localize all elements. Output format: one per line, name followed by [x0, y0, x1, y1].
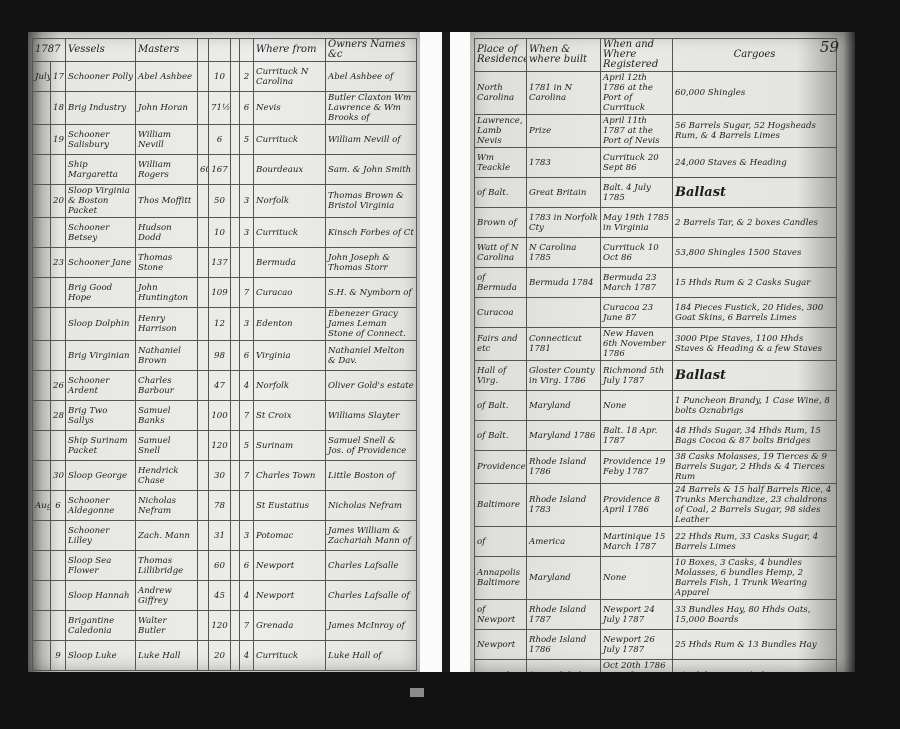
- day-cell: [51, 155, 66, 185]
- owners-cell: Oliver Gold's estate: [326, 371, 417, 401]
- tons-cell: 78: [209, 491, 231, 521]
- men-cell: 3: [240, 185, 254, 218]
- cargo-cell: Ballast: [673, 361, 837, 391]
- col-a-cell: [198, 248, 209, 278]
- residence-cell: Brown of: [475, 208, 527, 238]
- col-a-cell: [198, 641, 209, 671]
- men-cell: 7: [240, 401, 254, 431]
- residence-cell: Providence: [475, 451, 527, 484]
- vessel-cell: Ship Surinam Packet: [66, 431, 136, 461]
- tons-cell: 98: [209, 341, 231, 371]
- guns-cell: [231, 185, 240, 218]
- registered-cell: Bermuda 23 March 1787: [601, 268, 673, 298]
- ledger-row: 30Sloop GeorgeHendrick Chase307Charles T…: [33, 461, 417, 491]
- where-from-cell: Bermuda: [254, 248, 326, 278]
- built-cell: Rhode Island 1786: [527, 451, 601, 484]
- registered-cell: None: [601, 557, 673, 600]
- owners-cell: Nicholas Nefram: [326, 491, 417, 521]
- day-cell: 6: [51, 491, 66, 521]
- vessel-cell: Schooner Ardent: [66, 371, 136, 401]
- cargo-cell: 24 Barrels & 15 half Barrels Rice, 4 Tru…: [673, 484, 837, 527]
- where-from-cell: Bourdeaux: [254, 155, 326, 185]
- vessel-cell: Schooner Betsey: [66, 218, 136, 248]
- men-cell: 6: [240, 341, 254, 371]
- men-cell: [240, 248, 254, 278]
- col-a-cell: [198, 401, 209, 431]
- master-cell: Hendrick Chase: [136, 461, 198, 491]
- day-cell: [51, 611, 66, 641]
- col-a-cell: [198, 341, 209, 371]
- men-cell: 6: [240, 92, 254, 125]
- men-cell: 7: [240, 278, 254, 308]
- vessel-cell: Brig Industry: [66, 92, 136, 125]
- owners-cell: Little Boston of: [326, 461, 417, 491]
- owners-cell: Abel Ashbee of: [326, 62, 417, 92]
- col-a-cell: [198, 551, 209, 581]
- col-a-cell: [198, 491, 209, 521]
- ledger-row: of Balt.Great BritainBalt. 4 July 1785Ba…: [475, 178, 837, 208]
- day-cell: 30: [51, 461, 66, 491]
- ledger-row: Sloop DolphinHenry Harrison123EdentonEbe…: [33, 308, 417, 341]
- ledger-row: 26Schooner ArdentCharles Barbour474Norfo…: [33, 371, 417, 401]
- ledger-row: ofAmericaMartinique 15 March 178722 Hhds…: [475, 527, 837, 557]
- vessel-cell: Schooner Salisbury: [66, 125, 136, 155]
- cargo-cell: 24,000 Staves & Heading: [673, 148, 837, 178]
- tons-cell: 47: [209, 371, 231, 401]
- right-header-row: Place of Residence When & where built Wh…: [475, 39, 837, 72]
- owners-cell: William Nevill of: [326, 125, 417, 155]
- day-cell: [51, 551, 66, 581]
- tons-cell: 120: [209, 611, 231, 641]
- cargo-cell: 3000 Pipe Staves, 1100 Hhds Staves & Hea…: [673, 328, 837, 361]
- binding-spine: [442, 32, 450, 672]
- master-cell: Samuel Banks: [136, 401, 198, 431]
- month-cell: [33, 248, 51, 278]
- residence-header: Place of Residence: [475, 39, 527, 72]
- col-a-cell: [198, 62, 209, 92]
- ledger-row: 20Sloop Virginia & Boston PacketThos Mof…: [33, 185, 417, 218]
- master-cell: Henry Harrison: [136, 308, 198, 341]
- ledger-row: 28Brig Two SallysSamuel Banks1007St Croi…: [33, 401, 417, 431]
- where-from-cell: Currituck N Carolina: [254, 62, 326, 92]
- residence-cell: of Balt.: [475, 391, 527, 421]
- vessel-cell: Sloop George: [66, 461, 136, 491]
- tons-cell: 50: [209, 185, 231, 218]
- owners-cell: Butler Claxton Wm Lawrence & Wm Brooks o…: [326, 92, 417, 125]
- month-cell: [33, 125, 51, 155]
- ledger-row: Ship Surinam PacketSamuel Snell1205Surin…: [33, 431, 417, 461]
- guns-cell: [231, 278, 240, 308]
- tons-cell: 30: [209, 461, 231, 491]
- cargo-cell: 10 Boxes, 3 Casks, 4 bundles Molasses, 6…: [673, 557, 837, 600]
- guns-cell: [231, 341, 240, 371]
- where-from-cell: Currituck: [254, 125, 326, 155]
- owners-cell: Nathaniel Melton & Dav.: [326, 341, 417, 371]
- residence-cell: of Bermuda: [475, 268, 527, 298]
- where-from-cell: Currituck: [254, 218, 326, 248]
- month-cell: [33, 92, 51, 125]
- guns-cell: [231, 92, 240, 125]
- month-cell: [33, 341, 51, 371]
- tons-cell: 109: [209, 278, 231, 308]
- men-cell: 2: [240, 62, 254, 92]
- where-from-cell: Norfolk: [254, 371, 326, 401]
- built-cell: Maryland 1786: [527, 421, 601, 451]
- ledger-row: 9Sloop LukeLuke Hall204CurrituckLuke Hal…: [33, 641, 417, 671]
- ledger-row: NewportRhode Island 1786Newport 26 July …: [475, 630, 837, 660]
- where-from-cell: St Croix: [254, 401, 326, 431]
- built-cell: Maryland: [527, 557, 601, 600]
- men-cell: 4: [240, 371, 254, 401]
- registered-cell: April 11th 1787 at the Port of Nevis: [601, 115, 673, 148]
- master-cell: Luke Hall: [136, 641, 198, 671]
- ledger-row: Aug6Schooner AldegonneNicholas Nefram78S…: [33, 491, 417, 521]
- ledger-row: Schooner BetseyHudson Dodd103CurrituckKi…: [33, 218, 417, 248]
- day-cell: [51, 278, 66, 308]
- owners-cell: Charles Lafsalle: [326, 551, 417, 581]
- men-cell: 4: [240, 641, 254, 671]
- month-cell: [33, 431, 51, 461]
- tons-cell: 71½: [209, 92, 231, 125]
- vessel-cell: Brigantine Caledonia: [66, 611, 136, 641]
- month-cell: [33, 155, 51, 185]
- guns-cell: [231, 551, 240, 581]
- tons-cell: 167: [209, 155, 231, 185]
- residence-cell: of Balt.: [475, 178, 527, 208]
- col-a-cell: [198, 461, 209, 491]
- month-cell: [33, 185, 51, 218]
- month-cell: [33, 551, 51, 581]
- ledger-row: of BermudaBermuda 1784Bermuda 23 March 1…: [475, 268, 837, 298]
- built-cell: 1776 Philad.: [527, 660, 601, 673]
- master-cell: Nathaniel Brown: [136, 341, 198, 371]
- ledger-row: ProvidenceRhode Island 1786Providence 19…: [475, 451, 837, 484]
- ledger-row: Schooner LilleyZach. Mann313PotomacJames…: [33, 521, 417, 551]
- ledger-row: Wm Teackle1783Currituck 20 Sept 8624,000…: [475, 148, 837, 178]
- men-cell: 5: [240, 125, 254, 155]
- cargo-cell: 56 Barrels Sugar, 52 Hogsheads Rum, & 4 …: [673, 115, 837, 148]
- built-cell: 1783 in Norfolk Cty: [527, 208, 601, 238]
- owners-cell: Ebenezer Gracy James Leman Stone of Conn…: [326, 308, 417, 341]
- ledger-row: Brig Good HopeJohn Huntington1097Curacao…: [33, 278, 417, 308]
- tons-cell: 100: [209, 401, 231, 431]
- residence-cell: Curacoa: [475, 298, 527, 328]
- archive-stamp: [410, 688, 424, 697]
- registered-cell: Oct 20th 1786 Port of St Georges: [601, 660, 673, 673]
- cargo-cell: 61 Hhds Rum & 43 bags Cocoa: [673, 660, 837, 673]
- guns-cell: [231, 371, 240, 401]
- left-ledger-table: 1787 Vessels Masters Where from Owners N…: [32, 38, 417, 671]
- month-cell: [33, 641, 51, 671]
- registered-cell: Currituck 20 Sept 86: [601, 148, 673, 178]
- ledger-row: of NewportRhode Island 1787Newport 24 Ju…: [475, 600, 837, 630]
- right-ledger-table: Place of Residence When & where built Wh…: [474, 38, 837, 672]
- ledger-row: 23Schooner JaneThomas Stone137BermudaJoh…: [33, 248, 417, 278]
- where-from-cell: Norfolk: [254, 185, 326, 218]
- guns-cell: [231, 125, 240, 155]
- residence-cell: Grenada: [475, 660, 527, 673]
- day-cell: [51, 521, 66, 551]
- men-cell: 3: [240, 308, 254, 341]
- built-cell: Maryland: [527, 391, 601, 421]
- cargoes-header: Cargoes: [673, 39, 837, 72]
- ledger-row: of Balt.MarylandNone1 Puncheon Brandy, 1…: [475, 391, 837, 421]
- built-cell: Rhode Island 1786: [527, 630, 601, 660]
- ledger-row: Brigantine CaledoniaWalter Butler1207Gre…: [33, 611, 417, 641]
- vessel-cell: Sloop Hannah: [66, 581, 136, 611]
- vessel-cell: Ship Margaretta: [66, 155, 136, 185]
- tons-cell: 120: [209, 431, 231, 461]
- vessel-cell: Schooner Polly: [66, 62, 136, 92]
- col-a-header: [198, 39, 209, 62]
- guns-cell: [231, 431, 240, 461]
- owners-cell: Thomas Brown & Bristol Virginia: [326, 185, 417, 218]
- men-cell: 7: [240, 461, 254, 491]
- vessel-cell: Brig Good Hope: [66, 278, 136, 308]
- residence-cell: Newport: [475, 630, 527, 660]
- men-cell: [240, 491, 254, 521]
- where-from-cell: Potomac: [254, 521, 326, 551]
- residence-cell: of Balt.: [475, 421, 527, 451]
- master-cell: John Huntington: [136, 278, 198, 308]
- guns-cell: [231, 461, 240, 491]
- master-cell: Abel Ashbee: [136, 62, 198, 92]
- residence-cell: Lawrence, Lamb Nevis: [475, 115, 527, 148]
- owners-cell: Kinsch Forbes of Ct: [326, 218, 417, 248]
- registered-cell: Providence 8 April 1786: [601, 484, 673, 527]
- col-a-cell: [198, 521, 209, 551]
- day-cell: [51, 308, 66, 341]
- cargo-cell: 184 Pieces Fustick, 20 Hides, 300 Goat S…: [673, 298, 837, 328]
- vessel-cell: Brig Virginian: [66, 341, 136, 371]
- built-cell: 1781 in N Carolina: [527, 72, 601, 115]
- residence-cell: of Newport: [475, 600, 527, 630]
- residence-cell: North Carolina: [475, 72, 527, 115]
- col-a-cell: [198, 92, 209, 125]
- tons-cell: 12: [209, 308, 231, 341]
- registered-cell: April 12th 1786 at the Port of Currituck: [601, 72, 673, 115]
- col-a-cell: [198, 308, 209, 341]
- cargo-cell: 33 Bundles Hay, 80 Hhds Oats, 15,000 Boa…: [673, 600, 837, 630]
- master-cell: Thomas Stone: [136, 248, 198, 278]
- guns-cell: [231, 248, 240, 278]
- master-cell: William Rogers: [136, 155, 198, 185]
- day-cell: 23: [51, 248, 66, 278]
- guns-cell: [231, 308, 240, 341]
- vessel-cell: Sloop Sea Flower: [66, 551, 136, 581]
- month-cell: [33, 278, 51, 308]
- where-from-cell: Currituck: [254, 641, 326, 671]
- master-cell: Zach. Mann: [136, 521, 198, 551]
- ledger-row: Grenada1776 Philad.Oct 20th 1786 Port of…: [475, 660, 837, 673]
- cargo-cell: 1 Puncheon Brandy, 1 Case Wine, 8 bolts …: [673, 391, 837, 421]
- month-cell: [33, 461, 51, 491]
- cargo-cell: 53,800 Shingles 1500 Staves: [673, 238, 837, 268]
- year-header: 1787: [33, 39, 66, 62]
- month-cell: [33, 218, 51, 248]
- col-a-cell: [198, 581, 209, 611]
- day-cell: [51, 581, 66, 611]
- men-cell: 6: [240, 551, 254, 581]
- where-from-cell: Surinam: [254, 431, 326, 461]
- month-cell: [33, 581, 51, 611]
- ledger-row: Watt of N CarolinaN Carolina 1785Curritu…: [475, 238, 837, 268]
- col-a-cell: 60: [198, 155, 209, 185]
- cargo-cell: Ballast: [673, 178, 837, 208]
- tons-cell: 137: [209, 248, 231, 278]
- tons-cell: 60: [209, 551, 231, 581]
- men-cell: 4: [240, 581, 254, 611]
- col-a-cell: [198, 185, 209, 218]
- built-cell: Gloster County in Virg. 1786: [527, 361, 601, 391]
- day-cell: [51, 341, 66, 371]
- day-cell: 26: [51, 371, 66, 401]
- day-cell: 20: [51, 185, 66, 218]
- master-cell: Charles Barbour: [136, 371, 198, 401]
- men-cell: 3: [240, 218, 254, 248]
- ledger-row: of Balt.Maryland 1786Balt. 18 Apr. 17874…: [475, 421, 837, 451]
- ledger-row: Hall of Virg.Gloster County in Virg. 178…: [475, 361, 837, 391]
- month-cell: [33, 371, 51, 401]
- registered-cell: None: [601, 391, 673, 421]
- day-cell: 17: [51, 62, 66, 92]
- col-a-cell: [198, 431, 209, 461]
- vessel-cell: Brig Two Sallys: [66, 401, 136, 431]
- month-cell: [33, 401, 51, 431]
- guns-cell: [231, 62, 240, 92]
- built-cell: Connecticut 1781: [527, 328, 601, 361]
- registered-cell: Curacoa 23 June 87: [601, 298, 673, 328]
- registered-cell: Martinique 15 March 1787: [601, 527, 673, 557]
- residence-cell: Baltimore: [475, 484, 527, 527]
- built-cell: 1783: [527, 148, 601, 178]
- vessels-header: Vessels: [66, 39, 136, 62]
- ledger-row: Brig VirginianNathaniel Brown986Virginia…: [33, 341, 417, 371]
- owners-cell: Charles Lafsalle of: [326, 581, 417, 611]
- master-cell: Andrew Giffrey: [136, 581, 198, 611]
- residence-cell: Watt of N Carolina: [475, 238, 527, 268]
- master-cell: John Horan: [136, 92, 198, 125]
- residence-cell: Wm Teackle: [475, 148, 527, 178]
- month-cell: Aug: [33, 491, 51, 521]
- ledger-row: 18Brig IndustryJohn Horan71½6NevisButler…: [33, 92, 417, 125]
- vessel-cell: Sloop Luke: [66, 641, 136, 671]
- col-a-cell: [198, 278, 209, 308]
- master-cell: William Nevill: [136, 125, 198, 155]
- men-cell: 3: [240, 521, 254, 551]
- tons-cell: 10: [209, 62, 231, 92]
- tons-header: [209, 39, 231, 62]
- registered-cell: Balt. 18 Apr. 1787: [601, 421, 673, 451]
- where-from-cell: Curacao: [254, 278, 326, 308]
- built-cell: Bermuda 1784: [527, 268, 601, 298]
- ledger-row: Annapolis BaltimoreMarylandNone10 Boxes,…: [475, 557, 837, 600]
- men-cell: [240, 155, 254, 185]
- day-cell: 9: [51, 641, 66, 671]
- cargo-cell: 38 Casks Molasses, 19 Tierces & 9 Barrel…: [673, 451, 837, 484]
- owners-cell: Williams Slayter: [326, 401, 417, 431]
- built-cell: Great Britain: [527, 178, 601, 208]
- col-a-cell: [198, 218, 209, 248]
- vessel-cell: Schooner Lilley: [66, 521, 136, 551]
- col-a-cell: [198, 125, 209, 155]
- cargo-cell: 2 Barrels Tar, & 2 boxes Candles: [673, 208, 837, 238]
- page-number: 59: [820, 38, 839, 56]
- built-cell: Prize: [527, 115, 601, 148]
- tons-cell: 10: [209, 218, 231, 248]
- cargo-cell: 22 Hhds Rum, 33 Casks Sugar, 4 Barrels L…: [673, 527, 837, 557]
- day-cell: 28: [51, 401, 66, 431]
- guns-cell: [231, 491, 240, 521]
- registered-cell: Providence 19 Feby 1787: [601, 451, 673, 484]
- where-from-cell: Virginia: [254, 341, 326, 371]
- master-cell: Nicholas Nefram: [136, 491, 198, 521]
- where-from-cell: Newport: [254, 551, 326, 581]
- men-cell: 5: [240, 431, 254, 461]
- master-cell: Walter Butler: [136, 611, 198, 641]
- owners-cell: Luke Hall of: [326, 641, 417, 671]
- owners-cell: John Joseph & Thomas Storr: [326, 248, 417, 278]
- owners-header: Owners Names &c: [326, 39, 417, 62]
- ledger-right-page: 59 Place of Residence When & where built…: [470, 32, 855, 672]
- residence-cell: Fairs and etc: [475, 328, 527, 361]
- ledger-row: CuracoaCuracoa 23 June 87184 Pieces Fust…: [475, 298, 837, 328]
- month-cell: July: [33, 62, 51, 92]
- left-header-row: 1787 Vessels Masters Where from Owners N…: [33, 39, 417, 62]
- month-cell: [33, 521, 51, 551]
- registered-cell: Balt. 4 July 1785: [601, 178, 673, 208]
- tons-cell: 31: [209, 521, 231, 551]
- cargo-cell: 48 Hhds Sugar, 34 Hhds Rum, 15 Bags Coco…: [673, 421, 837, 451]
- men-header: [240, 39, 254, 62]
- owners-cell: James McInroy of: [326, 611, 417, 641]
- guns-header: [231, 39, 240, 62]
- owners-cell: James William & Zachariah Mann of: [326, 521, 417, 551]
- residence-cell: Annapolis Baltimore: [475, 557, 527, 600]
- guns-cell: [231, 218, 240, 248]
- where-from-cell: St Eustatius: [254, 491, 326, 521]
- master-cell: Thomas Lillibridge: [136, 551, 198, 581]
- guns-cell: [231, 521, 240, 551]
- month-cell: [33, 611, 51, 641]
- master-cell: Hudson Dodd: [136, 218, 198, 248]
- ledger-row: Sloop HannahAndrew Giffrey454NewportChar…: [33, 581, 417, 611]
- where-from-header: Where from: [254, 39, 326, 62]
- residence-cell: of: [475, 527, 527, 557]
- ledger-row: July17Schooner PollyAbel Ashbee102Currit…: [33, 62, 417, 92]
- built-cell: N Carolina 1785: [527, 238, 601, 268]
- ledger-row: Lawrence, Lamb NevisPrizeApril 11th 1787…: [475, 115, 837, 148]
- masters-header: Masters: [136, 39, 198, 62]
- ledger-row: 19Schooner SalisburyWilliam Nevill65Curr…: [33, 125, 417, 155]
- where-from-cell: Nevis: [254, 92, 326, 125]
- built-header: When & where built: [527, 39, 601, 72]
- ledger-row: North Carolina1781 in N CarolinaApril 12…: [475, 72, 837, 115]
- guns-cell: [231, 155, 240, 185]
- cargo-cell: 25 Hhds Rum & 13 Bundles Hay: [673, 630, 837, 660]
- guns-cell: [231, 611, 240, 641]
- guns-cell: [231, 401, 240, 431]
- month-cell: [33, 308, 51, 341]
- registered-cell: Newport 26 July 1787: [601, 630, 673, 660]
- built-cell: Rhode Island 1787: [527, 600, 601, 630]
- cargo-cell: 15 Hhds Rum & 2 Casks Sugar: [673, 268, 837, 298]
- ledger-left-page: 1787 Vessels Masters Where from Owners N…: [28, 32, 420, 672]
- vessel-cell: Schooner Aldegonne: [66, 491, 136, 521]
- page-gutter-left: [420, 32, 442, 672]
- ledger-row: BaltimoreRhode Island 1783Providence 8 A…: [475, 484, 837, 527]
- col-a-cell: [198, 371, 209, 401]
